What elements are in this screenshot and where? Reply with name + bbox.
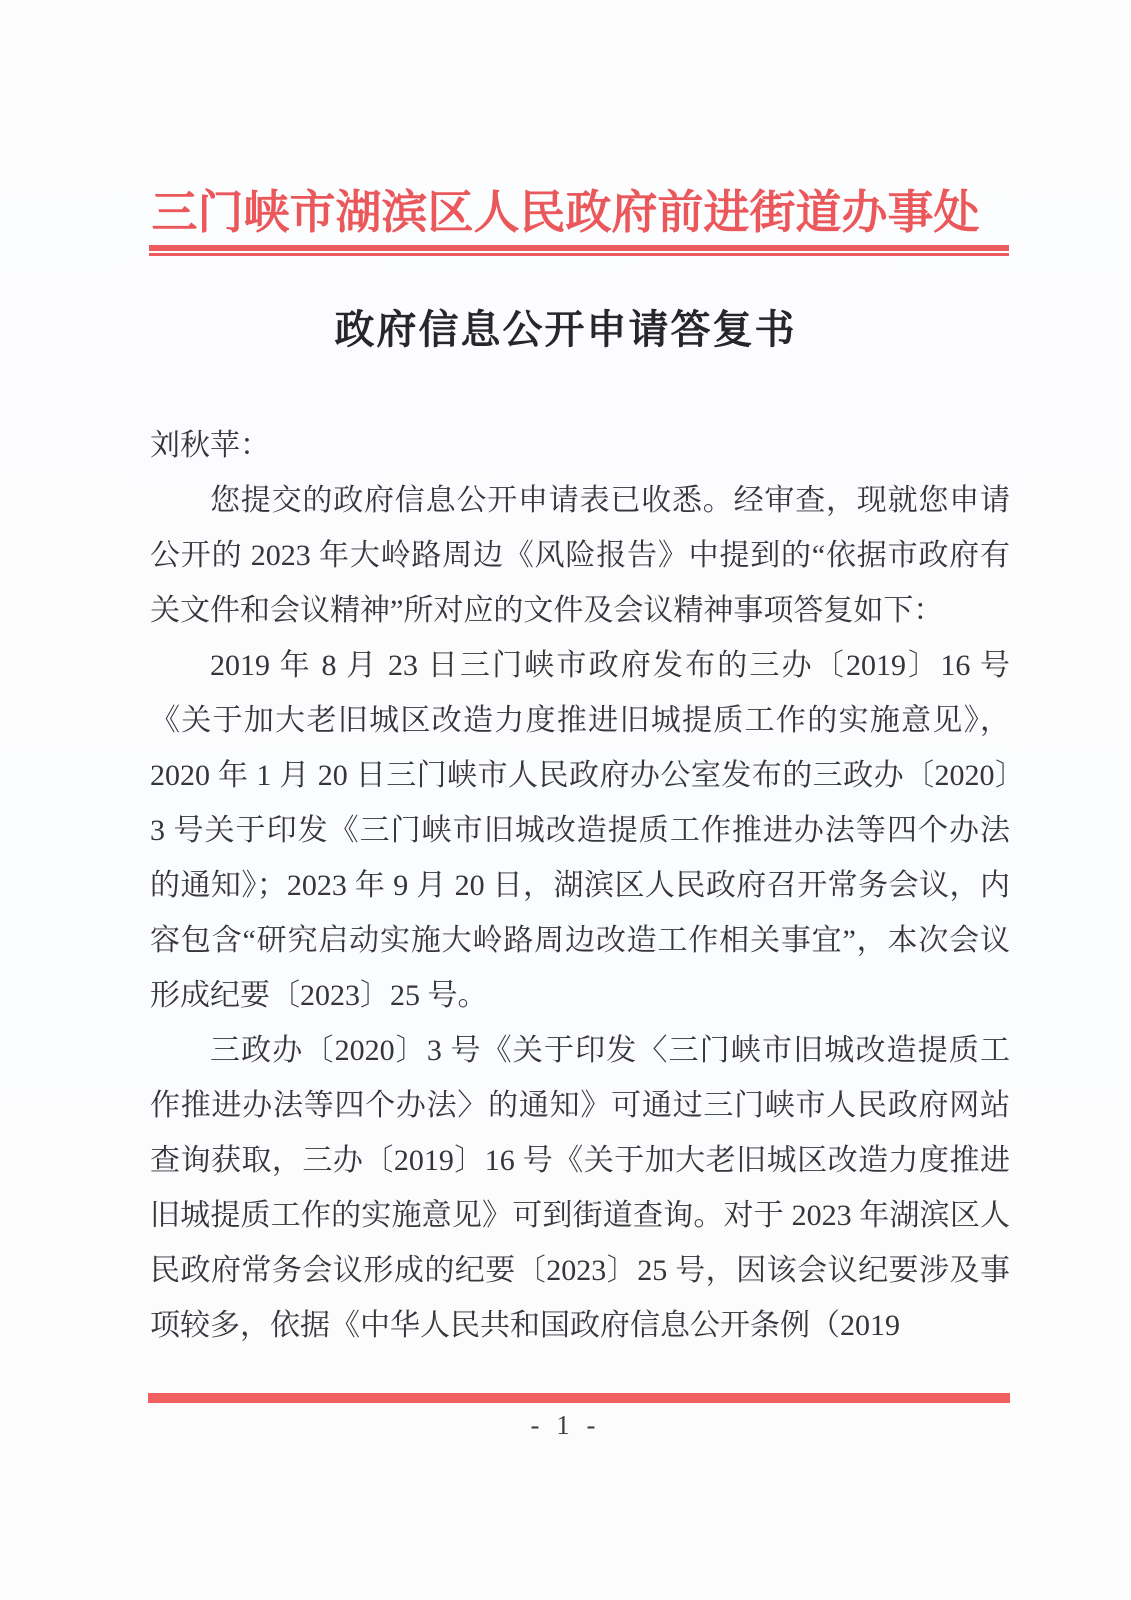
- document-page: 三门峡市湖滨区人民政府前进街道办事处 政府信息公开申请答复书 刘秋苹： 您提交的…: [0, 0, 1131, 1600]
- document-title: 政府信息公开申请答复书: [0, 298, 1131, 355]
- footer-rule: [148, 1393, 1010, 1403]
- letterhead-rule-thin: [149, 253, 1009, 256]
- letterhead-title: 三门峡市湖滨区人民政府前进街道办事处: [0, 176, 1131, 242]
- body-paragraph-2: 2019 年 8 月 23 日三门峡市政府发布的三办〔2019〕16 号《关于加…: [150, 638, 1010, 1023]
- salutation: 刘秋苹：: [150, 418, 1010, 473]
- letterhead-rule-thick: [149, 245, 1009, 251]
- document-body: 刘秋苹： 您提交的政府信息公开申请表已收悉。经审查，现就您申请公开的 2023 …: [150, 418, 1010, 1353]
- letterhead-double-rule: [149, 245, 1009, 256]
- body-paragraph-1: 您提交的政府信息公开申请表已收悉。经审查，现就您申请公开的 2023 年大岭路周…: [150, 473, 1010, 638]
- page-number: - 1 -: [0, 1410, 1131, 1441]
- body-paragraph-3: 三政办〔2020〕3 号《关于印发〈三门峡市旧城改造提质工作推进办法等四个办法〉…: [150, 1023, 1010, 1353]
